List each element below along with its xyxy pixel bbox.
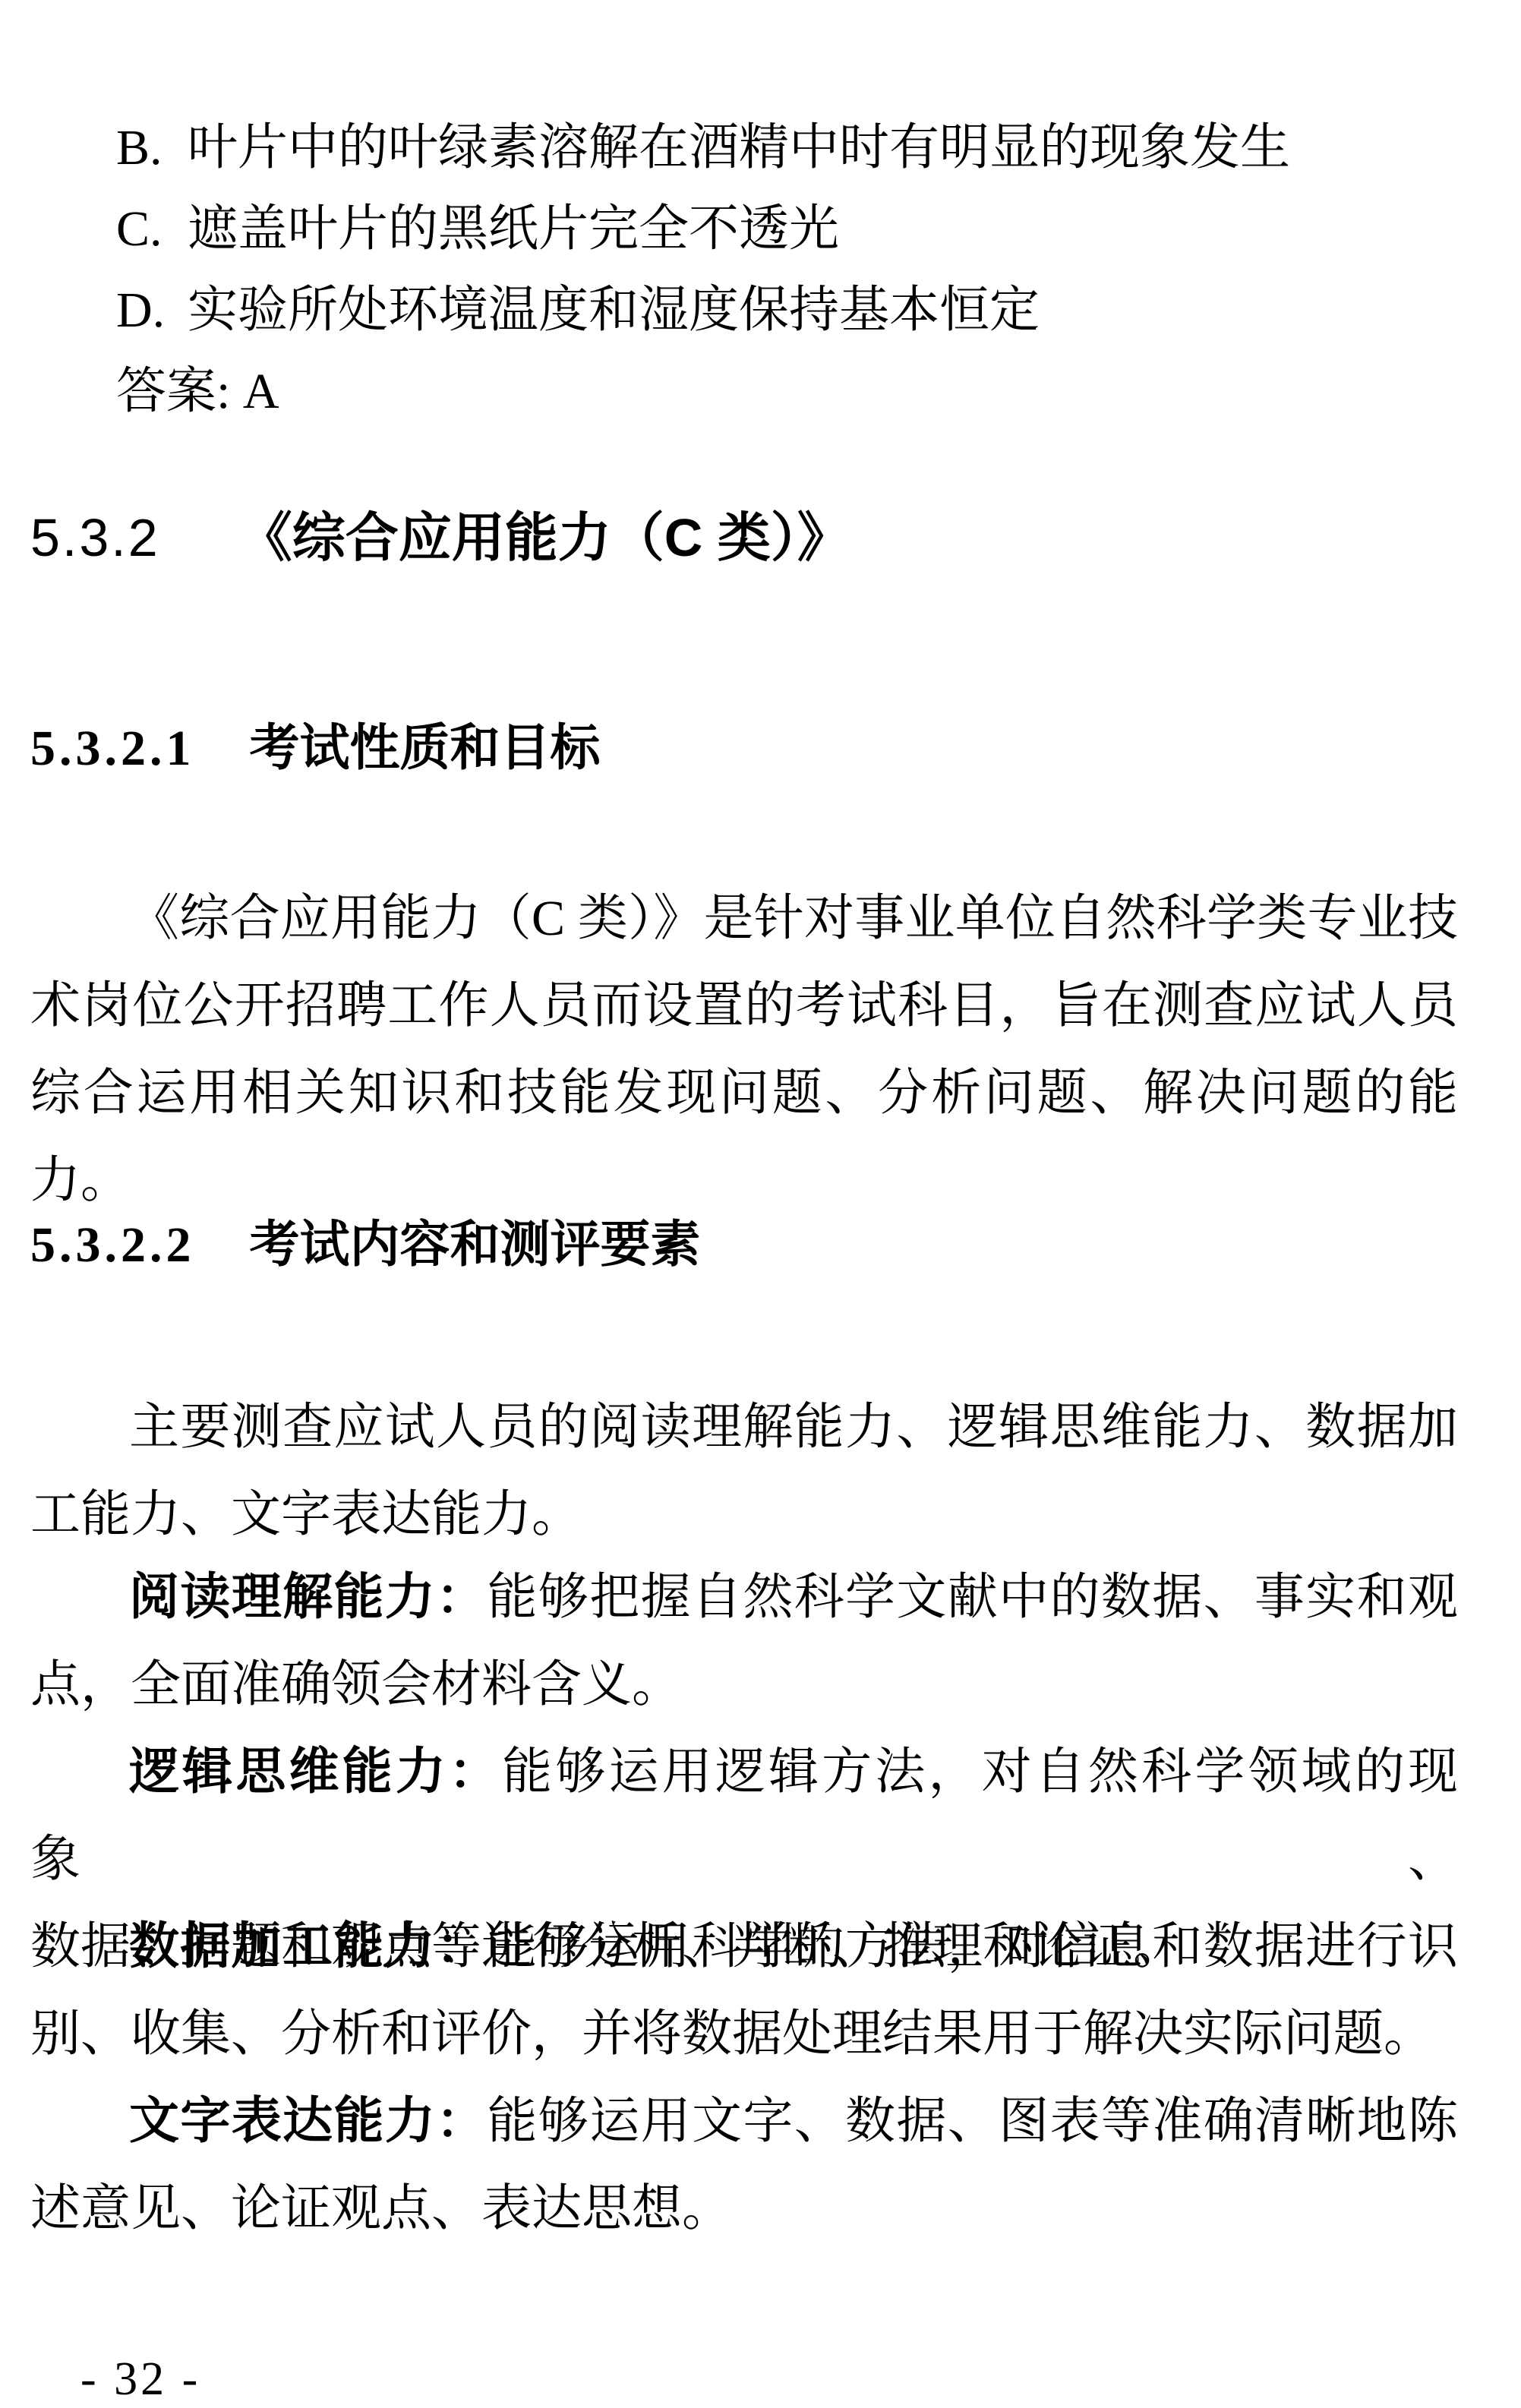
section-title: 考试内容和测评要素	[250, 1216, 701, 1272]
option-d-text: 实验所处环境温度和湿度保持基本恒定	[188, 282, 1040, 338]
option-b: B.叶片中的叶绿素溶解在酒精中时有明显的现象发生	[116, 122, 1290, 175]
section-number: 5.3.2.1	[30, 721, 195, 776]
option-b-label: B.	[116, 122, 188, 175]
text-line: 阅读理解能力：能够把握自然科学文献中的数据、事实和观	[30, 1553, 1458, 1641]
text-line: 文字表达能力：能够运用文字、数据、图表等准确清晰地陈	[30, 2077, 1458, 2165]
option-b-text: 叶片中的叶绿素溶解在酒精中时有明显的现象发生	[188, 120, 1290, 175]
document-page: B.叶片中的叶绿素溶解在酒精中时有明显的现象发生 C.遮盖叶片的黑纸片完全不透光…	[0, 0, 1521, 2408]
ability-name: 文字表达能力：	[129, 2092, 488, 2148]
section-heading-5-3-2-2: 5.3.2.2考试内容和测评要素	[30, 1215, 701, 1274]
section-heading-5-3-2: 5.3.2《综合应用能力（C 类）》	[30, 507, 850, 570]
text-line: 术岗位公开招聘工作人员而设置的考试科目，旨在测查应试人员	[30, 962, 1458, 1049]
page-number: - 32 -	[80, 2354, 200, 2404]
section-number: 5.3.2	[30, 508, 160, 567]
text-line: 别、收集、分析和评价，并将数据处理结果用于解决实际问题。	[30, 1990, 1458, 2078]
section-title: 《综合应用能力（C 类）》	[239, 508, 850, 567]
text-line: 述意见、论证观点、表达思想。	[30, 2165, 1458, 2252]
ability-writing-paragraph: 文字表达能力：能够运用文字、数据、图表等准确清晰地陈 述意见、论证观点、表达思想…	[30, 2077, 1458, 2252]
text-line: 点，全面准确领会材料含义。	[30, 1641, 1458, 1728]
overview-paragraph: 主要测查应试人员的阅读理解能力、逻辑思维能力、数据加 工能力、文字表达能力。	[30, 1384, 1458, 1558]
ability-data-paragraph: 数据加工能力：能够运用科学的方法，对信息和数据进行识 别、收集、分析和评价，并将…	[30, 1902, 1458, 2078]
ability-text: 能够运用文字、数据、图表等准确清晰地陈	[488, 2094, 1458, 2149]
text-line: 数据加工能力：能够运用科学的方法，对信息和数据进行识	[30, 1902, 1458, 1990]
section-heading-5-3-2-1: 5.3.2.1考试性质和目标	[30, 718, 601, 778]
ability-name: 阅读理解能力：	[129, 1568, 488, 1624]
option-d: D.实验所处环境温度和湿度保持基本恒定	[116, 284, 1040, 337]
text-line: 工能力、文字表达能力。	[30, 1471, 1458, 1558]
option-c-text: 遮盖叶片的黑纸片完全不透光	[188, 201, 839, 257]
intro-paragraph: 《综合应用能力（C 类）》是针对事业单位自然科学类专业技 术岗位公开招聘工作人员…	[30, 875, 1458, 1224]
ability-reading-paragraph: 阅读理解能力：能够把握自然科学文献中的数据、事实和观 点，全面准确领会材料含义。	[30, 1553, 1458, 1728]
section-number: 5.3.2.2	[30, 1217, 195, 1273]
ability-text: 能够运用科学的方法，对信息和数据进行识	[488, 1919, 1458, 1974]
text-line: 综合运用相关知识和技能发现问题、分析问题、解决问题的能力。	[30, 1049, 1458, 1224]
option-d-label: D.	[116, 284, 188, 337]
answer-line: 答案: A	[116, 365, 279, 418]
option-c: C.遮盖叶片的黑纸片完全不透光	[116, 203, 839, 256]
option-c-label: C.	[116, 203, 188, 256]
text-line: 《综合应用能力（C 类）》是针对事业单位自然科学类专业技	[30, 875, 1458, 962]
ability-text: 能够把握自然科学文献中的数据、事实和观	[488, 1570, 1458, 1625]
text-line: 主要测查应试人员的阅读理解能力、逻辑思维能力、数据加	[30, 1384, 1458, 1471]
ability-name: 数据加工能力：	[129, 1917, 488, 1974]
text-line: 逻辑思维能力：能够运用逻辑方法，对自然科学领域的现象、	[30, 1728, 1458, 1903]
section-title: 考试性质和目标	[250, 719, 601, 775]
ability-name: 逻辑思维能力：	[129, 1743, 502, 1799]
